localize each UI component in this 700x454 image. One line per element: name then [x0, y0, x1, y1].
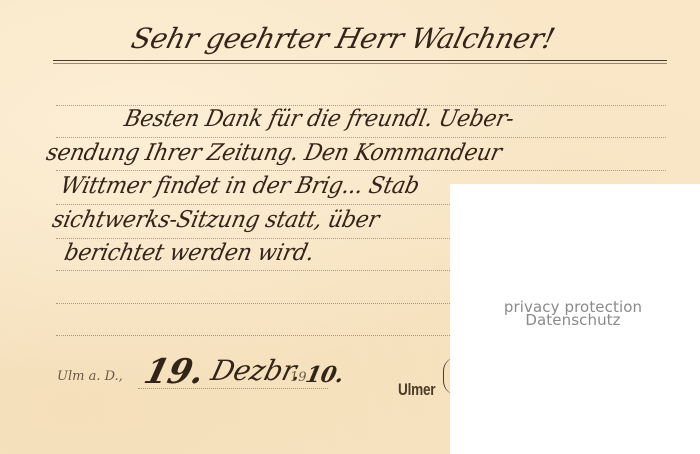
date-year-suffix: 10.	[303, 362, 346, 388]
body-line-1: Besten Dank für die freundl. Ueber-	[122, 106, 516, 132]
publisher-name: Ulmer	[398, 380, 435, 400]
salutation-underline	[53, 60, 667, 61]
printed-place: Ulm a. D.,	[57, 369, 123, 384]
salutation: Sehr geehrter Herr Walchner!	[128, 22, 558, 55]
body-line-5: berichtet werden wird.	[62, 240, 316, 266]
body-line-4: sichtwerks-Sitzung statt, über	[50, 207, 381, 233]
ruled-line	[56, 170, 666, 171]
privacy-label-de: Datenschutz	[450, 313, 696, 327]
date-day: 19.	[140, 352, 208, 392]
salutation-underline-thin	[53, 63, 667, 64]
body-line-3: Wittmer findet in der Brig... Stab	[58, 173, 422, 199]
body-line-2: sendung Ihrer Zeitung. Den Kommandeur	[44, 140, 504, 166]
privacy-overlay: privacy protection Datenschutz	[450, 184, 700, 454]
ruled-line	[56, 137, 666, 138]
